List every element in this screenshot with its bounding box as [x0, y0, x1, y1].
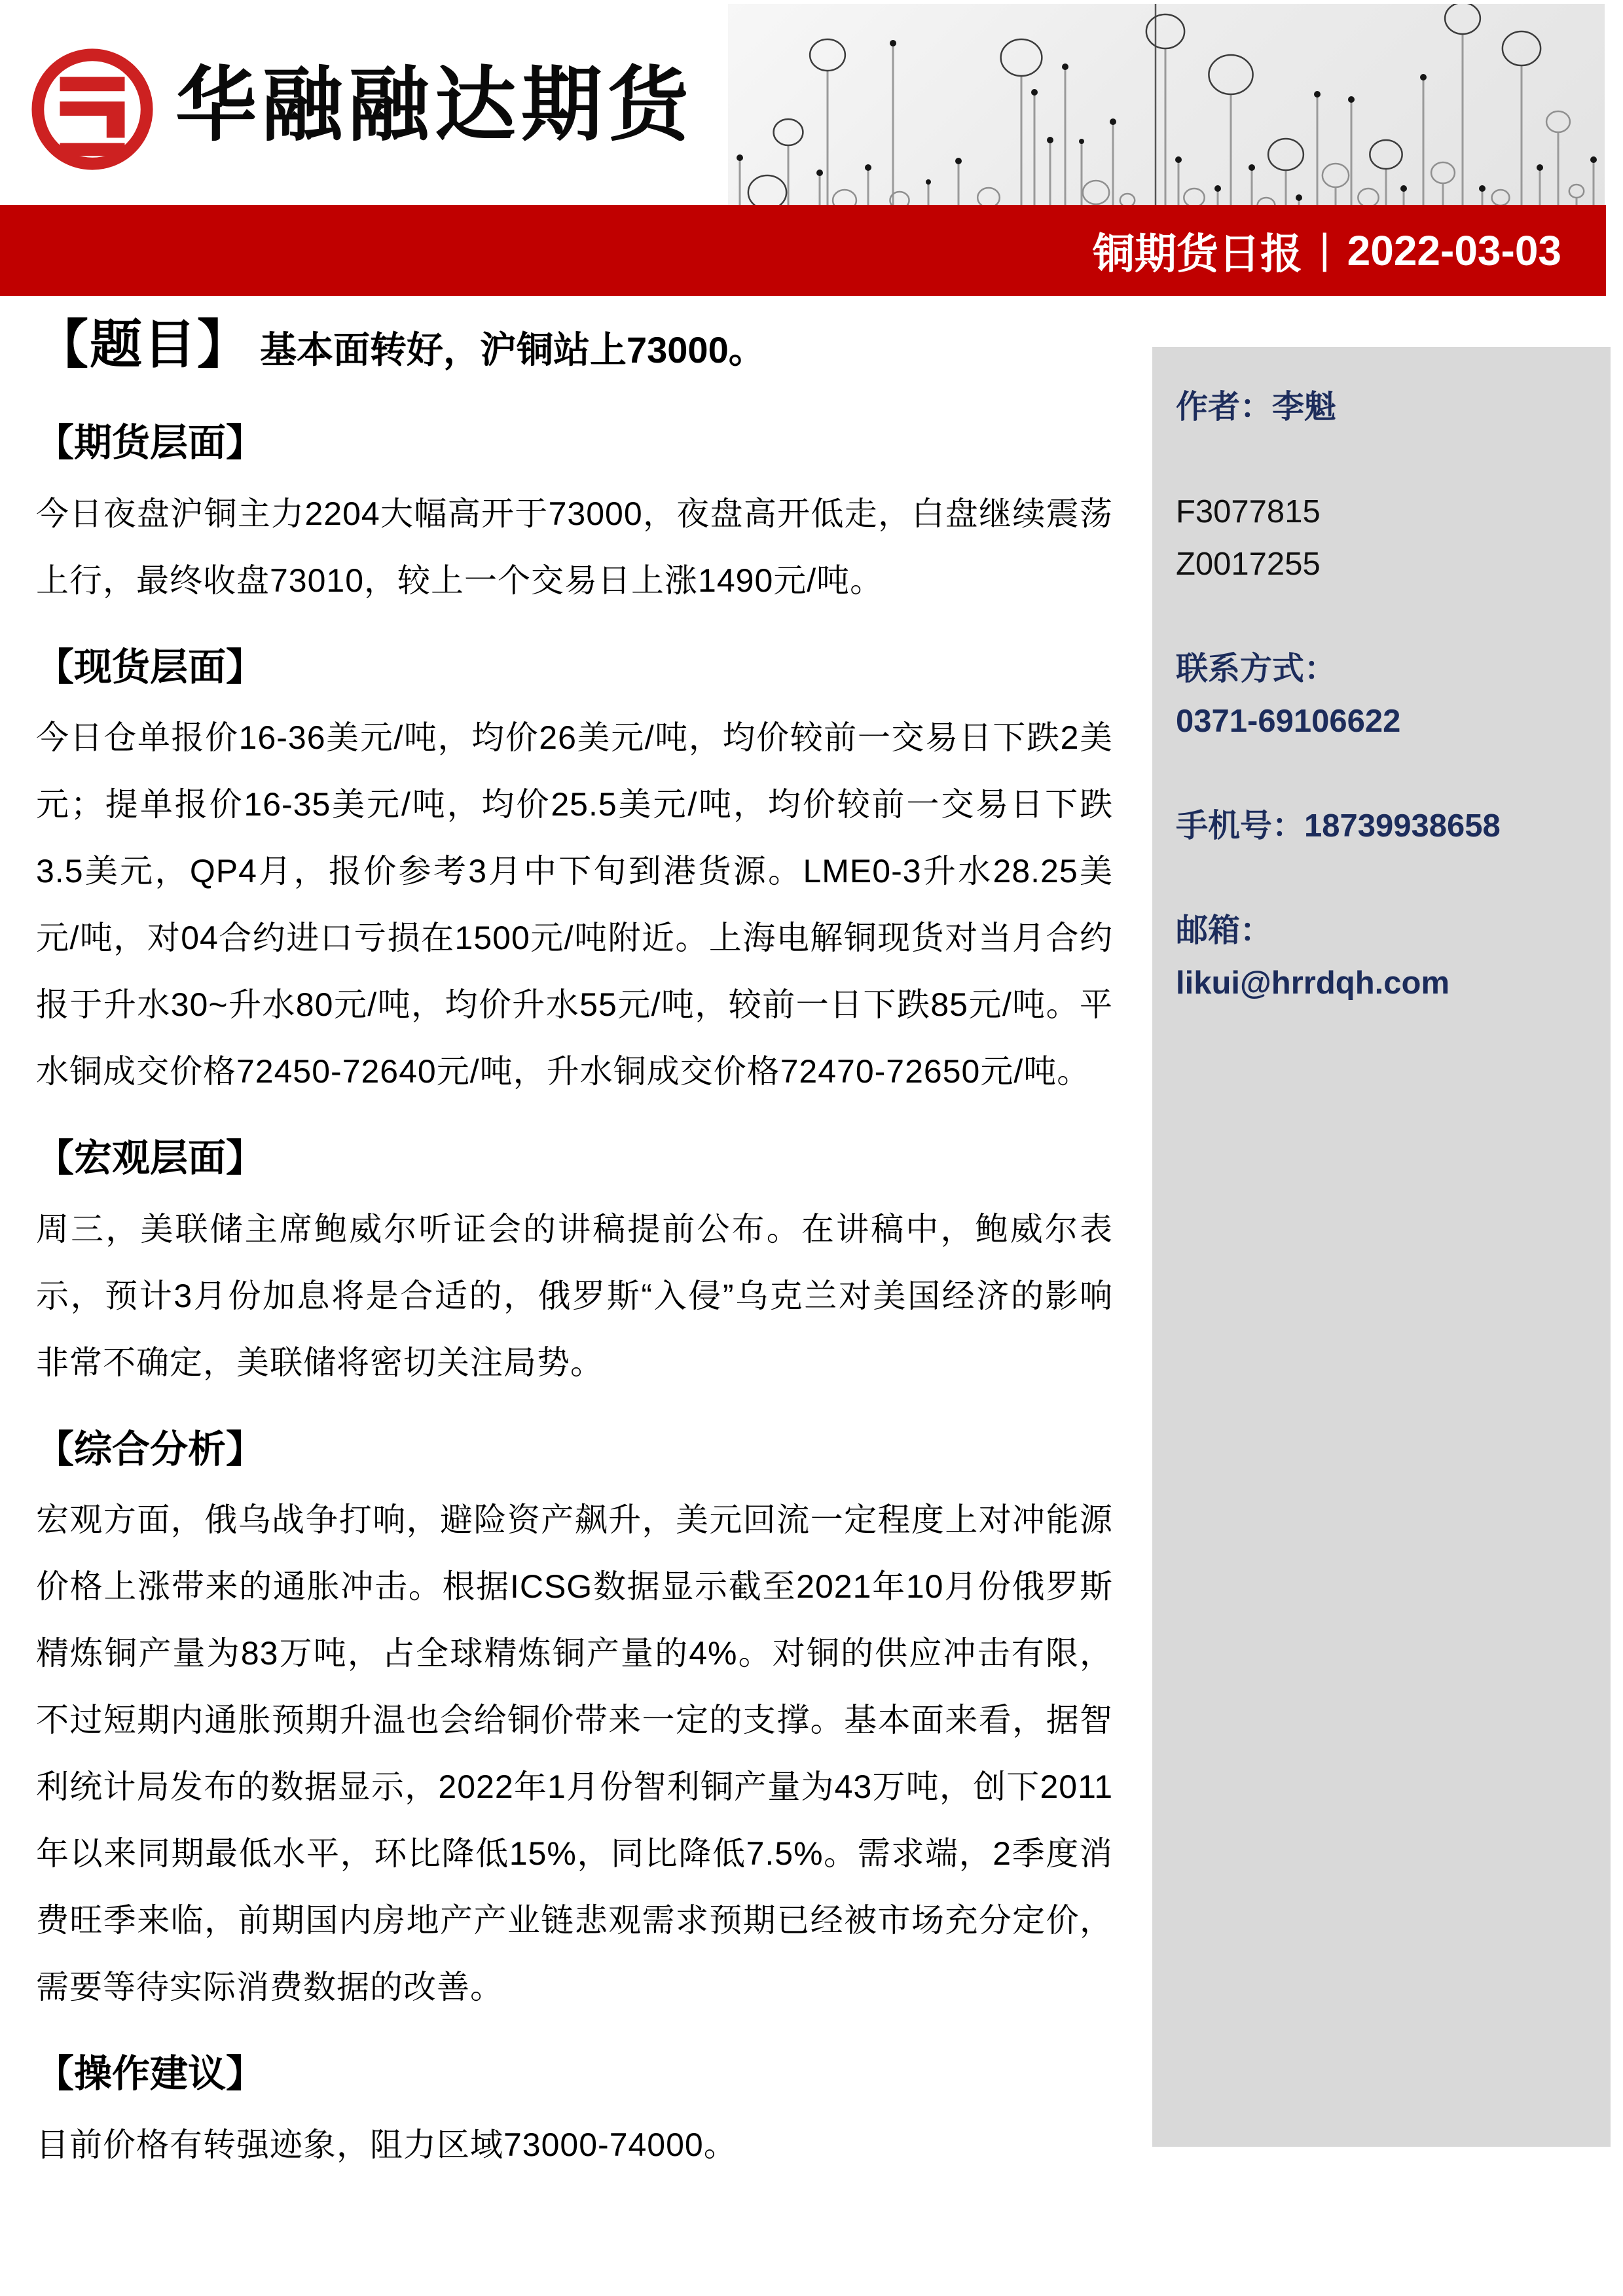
- banner-separator: |: [1319, 224, 1330, 273]
- author-line: 作者：李魁: [1176, 381, 1591, 433]
- section-heading-spot: 【现货层面】: [36, 644, 1113, 692]
- contact-phone: 0371-69106622: [1176, 695, 1591, 747]
- report-title: 【题目】 基本面转好，沪铜站上73000。: [36, 302, 1113, 378]
- report-title-text: 基本面转好，沪铜站上73000。: [260, 321, 765, 374]
- report-page: 华融融达期货 铜期货日报 | 2022-03-03 【题目】 基本面转好，沪铜站…: [0, 0, 1623, 2296]
- email-address: likui@hrrdqh.com: [1176, 957, 1591, 1009]
- contact-label: 联系方式：: [1176, 643, 1591, 695]
- section-body-macro: 周三，美联储主席鲍威尔听证会的讲稿提前公布。在讲稿中，鲍威尔表示，预计3月份加息…: [36, 1196, 1113, 1396]
- mobile-number: 18739938658: [1304, 808, 1501, 844]
- section-body-spot: 今日仓单报价16-36美元/吨，均价26美元/吨，均价较前一交易日下跌2美元；提…: [36, 704, 1113, 1105]
- header-decoration: [728, 4, 1605, 205]
- section-heading-analysis: 【综合分析】: [36, 1426, 1113, 1474]
- section-body-analysis: 宏观方面，俄乌战争打响，避险资产飙升，美元回流一定程度上对冲能源价格上涨带来的通…: [36, 1486, 1113, 2020]
- qualification-number: F3077815: [1176, 486, 1591, 538]
- mobile-line: 手机号：18739938658: [1176, 800, 1591, 852]
- report-content: 【题目】 基本面转好，沪铜站上73000。 【期货层面】 今日夜盘沪铜主力220…: [36, 302, 1113, 2178]
- report-title-label: 【题目】: [36, 302, 251, 378]
- section-body-futures: 今日夜盘沪铜主力2204大幅高开于73000，夜盘高开低走，白盘继续震荡上行，最…: [36, 480, 1113, 614]
- email-label: 邮箱：: [1176, 905, 1591, 957]
- section-heading-macro: 【宏观层面】: [36, 1135, 1113, 1183]
- section-heading-futures: 【期货层面】: [36, 420, 1113, 467]
- mobile-label: 手机号：: [1176, 808, 1304, 844]
- author-panel: 作者：李魁 F3077815 Z0017255 联系方式： 0371-69106…: [1152, 347, 1611, 2147]
- lollipop-pattern-icon: [728, 4, 1605, 205]
- banner-report-title: 铜期货日报: [1093, 221, 1302, 281]
- banner-date: 2022-03-03: [1347, 226, 1561, 275]
- section-heading-advice: 【操作建议】: [36, 2051, 1113, 2098]
- advisor-number: Z0017255: [1176, 538, 1591, 590]
- company-name: 华融融达期货: [175, 65, 694, 147]
- section-body-advice: 目前价格有转强迹象，阻力区域73000-74000。: [36, 2111, 1113, 2178]
- author-name: 李魁: [1272, 389, 1336, 425]
- company-logo-icon: [27, 45, 157, 174]
- report-banner: 铜期货日报 | 2022-03-03: [0, 205, 1606, 296]
- author-label: 作者：: [1176, 389, 1272, 425]
